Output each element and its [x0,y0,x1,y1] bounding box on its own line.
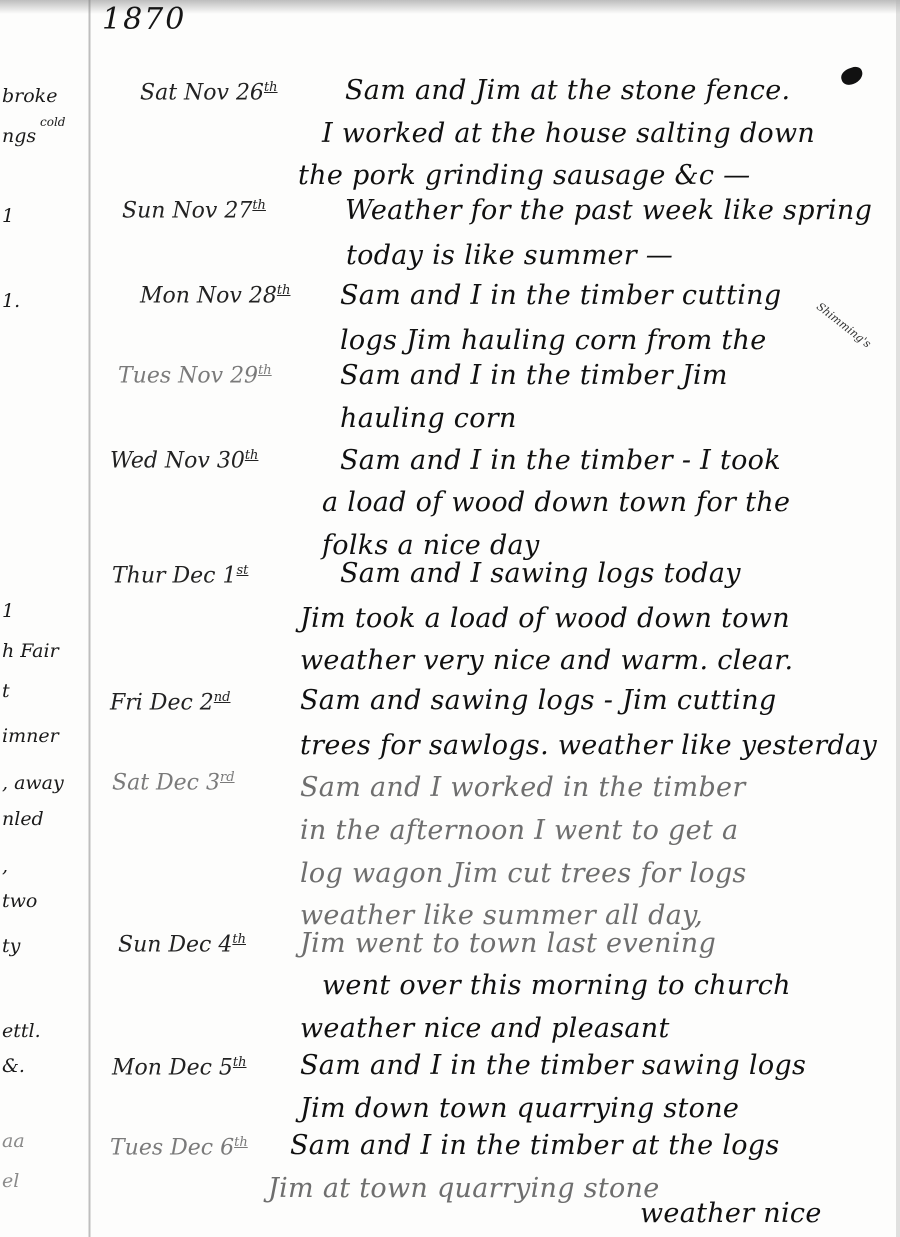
margin-note: ty [2,935,20,957]
entry-date: Mon Nov 28th [140,283,290,308]
margin-note: nled [2,808,44,830]
entry-text-line: weather nice [640,1198,822,1229]
entry-text-line: in the afternoon I went to get a [300,815,738,846]
margin-note: &. [2,1055,25,1077]
margin-note: cold [40,115,65,129]
margin-note: 1. [2,290,20,312]
entry-date-text: Sun Nov 27 [122,198,252,223]
entry-text-line: Sam and sawing logs - Jim cutting [300,685,776,716]
margin-note: 1 [2,205,14,227]
entry-text-line: Jim down town quarrying stone [300,1093,739,1124]
entry-text-line: Sam and I in the timber at the logs [290,1130,780,1161]
entry-text-line: Jim took a load of wood down town [300,603,790,634]
margin-note: h Fair [2,640,59,662]
entry-date-ordinal: th [234,1135,248,1150]
entry-text-line: Weather for the past week like spring [345,195,872,226]
journal-page: 1870 brokecoldngs11.1h Fairtimner, awayn… [0,0,900,1237]
ink-blot [839,65,865,88]
entry-date-ordinal: th [277,283,291,298]
page-right-edge [896,0,900,1237]
margin-note: ngs [2,125,36,147]
entry-date-ordinal: st [237,563,249,578]
entry-text-line: Jim at town quarrying stone [268,1173,660,1204]
entry-text-line: Sam and I in the timber cutting [340,280,781,311]
entry-date: Tues Dec 6th [110,1135,248,1160]
entry-date-text: Tues Nov 29 [118,363,258,388]
entry-date-ordinal: th [264,80,278,95]
entry-date-text: Sat Dec 3 [112,770,220,795]
entry-date: Thur Dec 1st [112,563,248,588]
page-gutter-line [88,0,91,1237]
inserted-annotation: Shimming's [814,300,873,350]
margin-note: aa [2,1130,25,1152]
entry-date: Sat Dec 3rd [112,770,235,795]
entry-text-line: Jim went to town last evening [300,928,716,959]
margin-note: ettl. [2,1020,41,1042]
entry-text-line: folks a nice day [322,530,540,561]
entry-date-text: Sat Nov 26 [140,80,264,105]
entry-text-line: log wagon Jim cut trees for logs [300,858,747,889]
entry-text-line: Sam and I in the timber - I took [340,445,781,476]
entry-text-line: hauling corn [340,403,517,434]
entry-date: Sun Nov 27th [122,198,266,223]
entry-date: Tues Nov 29th [118,363,272,388]
entry-text-line: I worked at the house salting down [322,118,815,149]
entry-date: Wed Nov 30th [110,448,258,473]
entry-date-text: Mon Nov 28 [140,283,277,308]
margin-note: 1 [2,600,14,622]
entry-date-ordinal: th [233,1055,247,1070]
entry-date-text: Fri Dec 2 [110,690,214,715]
margin-note: imner [2,725,59,747]
entry-text-line: weather like summer all day, [300,900,703,931]
entry-text-line: Sam and I worked in the timber [300,772,746,803]
entry-date: Mon Dec 5th [112,1055,247,1080]
margin-note: t [2,680,10,702]
margin-note: , [2,855,8,877]
entry-text-line: logs Jim hauling corn from the [340,325,766,356]
entry-date-ordinal: th [245,448,259,463]
entry-date-text: Wed Nov 30 [110,448,245,473]
entry-date-ordinal: th [252,198,266,213]
entry-date-text: Sun Dec 4 [118,932,232,957]
margin-note: broke [2,85,57,107]
entry-text-line: the pork grinding sausage &c — [298,160,750,191]
entry-date-text: Thur Dec 1 [112,563,237,588]
entry-date-ordinal: rd [220,770,235,785]
entry-text-line: Sam and I in the timber Jim [340,360,728,391]
entry-text-line: weather very nice and warm. clear. [300,645,793,676]
entry-date-ordinal: th [258,363,272,378]
entry-text-line: went over this morning to church [322,970,791,1001]
entry-text-line: Sam and I sawing logs today [340,558,741,589]
margin-note: , away [2,772,64,794]
margin-note: two [2,890,37,912]
entry-text-line: trees for sawlogs. weather like yesterda… [300,730,877,761]
entry-date-text: Mon Dec 5 [112,1055,233,1080]
entry-date-text: Tues Dec 6 [110,1135,234,1160]
entry-text-line: weather nice and pleasant [300,1013,670,1044]
year-heading: 1870 [102,2,186,37]
entry-date-ordinal: nd [214,690,231,705]
entry-date: Sat Nov 26th [140,80,278,105]
entry-date: Fri Dec 2nd [110,690,230,715]
entry-text-line: today is like summer — [346,240,673,271]
margin-note: el [2,1170,19,1192]
entry-text-line: a load of wood down town for the [322,487,790,518]
entry-text-line: Sam and Jim at the stone fence. [345,75,790,106]
entry-date: Sun Dec 4th [118,932,246,957]
entry-date-ordinal: th [232,932,246,947]
entry-text-line: Sam and I in the timber sawing logs [300,1050,806,1081]
